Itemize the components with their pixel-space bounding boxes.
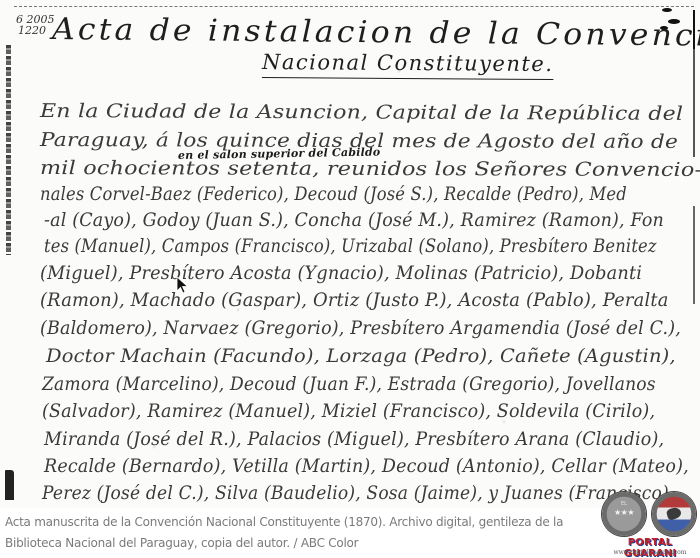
- manuscript-line: (Salvador), Ramirez (Manuel), Miziel (Fr…: [42, 400, 655, 422]
- manuscript-image: 6 2005 1220 Acta de instalacion de la Co…: [0, 0, 700, 508]
- stars-icon: ★★★: [602, 508, 646, 517]
- paper-top-edge: [14, 6, 694, 8]
- image-caption: Acta manuscrita de la Convención Naciona…: [5, 512, 585, 554]
- manuscript-line: (Baldomero), Narvaez (Gregorio), Presbít…: [40, 317, 681, 339]
- paper-corner-shadow: [5, 470, 14, 500]
- paraguay-map-icon: [666, 506, 682, 520]
- manuscript-line: (Miguel), Presbítero Acosta (Ygnacio), M…: [40, 262, 642, 284]
- manuscript-line: En la Ciudad de la Asuncion, Capital de …: [40, 100, 683, 125]
- paper-right-edge: [693, 10, 695, 500]
- seal-label: EL: [602, 501, 646, 507]
- portal-guarani-watermark: EL ★★★ PORTAL GUARANI www.portalguarani.…: [600, 490, 700, 558]
- manuscript-line: Recalde (Bernardo), Vetilla (Martin), De…: [44, 455, 689, 477]
- manuscript-line: mil ochocientos setenta, reunidos los Se…: [40, 157, 700, 181]
- manuscript-line: Miranda (José del R.), Palacios (Miguel)…: [44, 428, 664, 450]
- archive-reference-mark: 6 2005 1220: [16, 14, 55, 36]
- watermark-url: www.portalguarani.com: [600, 549, 700, 556]
- manuscript-line: Paraguay, á los quince dias del mes de A…: [40, 129, 678, 153]
- seal-stars-icon: EL ★★★: [602, 492, 646, 536]
- manuscript-line: (Ramon), Machado (Gaspar), Ortiz (Justo …: [40, 289, 669, 311]
- mouse-cursor-icon: [176, 276, 190, 294]
- manuscript-line: -al (Cayo), Godoy (Juan S.), Concha (Jos…: [44, 209, 664, 231]
- paper-left-edge-shadow: [6, 45, 11, 255]
- manuscript-line: Zamora (Marcelino), Decoud (Juan F.), Es…: [42, 373, 656, 395]
- ink-blot: [662, 8, 672, 12]
- manuscript-line: Doctor Machain (Facundo), Lorzaga (Pedro…: [46, 345, 676, 367]
- manuscript-line: Perez (José del C.), Silva (Baudelio), S…: [42, 482, 674, 504]
- document-subtitle: Nacional Constituyente.: [262, 50, 554, 76]
- manuscript-line: nales Corvel-Baez (Federico), Decoud (Jo…: [40, 183, 627, 205]
- archive-mark-line-2: 1220: [18, 25, 55, 36]
- document-title: Acta de instalacion de la Convencion: [52, 12, 700, 54]
- manuscript-line: tes (Manuel), Campos (Francisco), Urizab…: [44, 235, 657, 257]
- seal-paraguay-flag-icon: [652, 492, 696, 536]
